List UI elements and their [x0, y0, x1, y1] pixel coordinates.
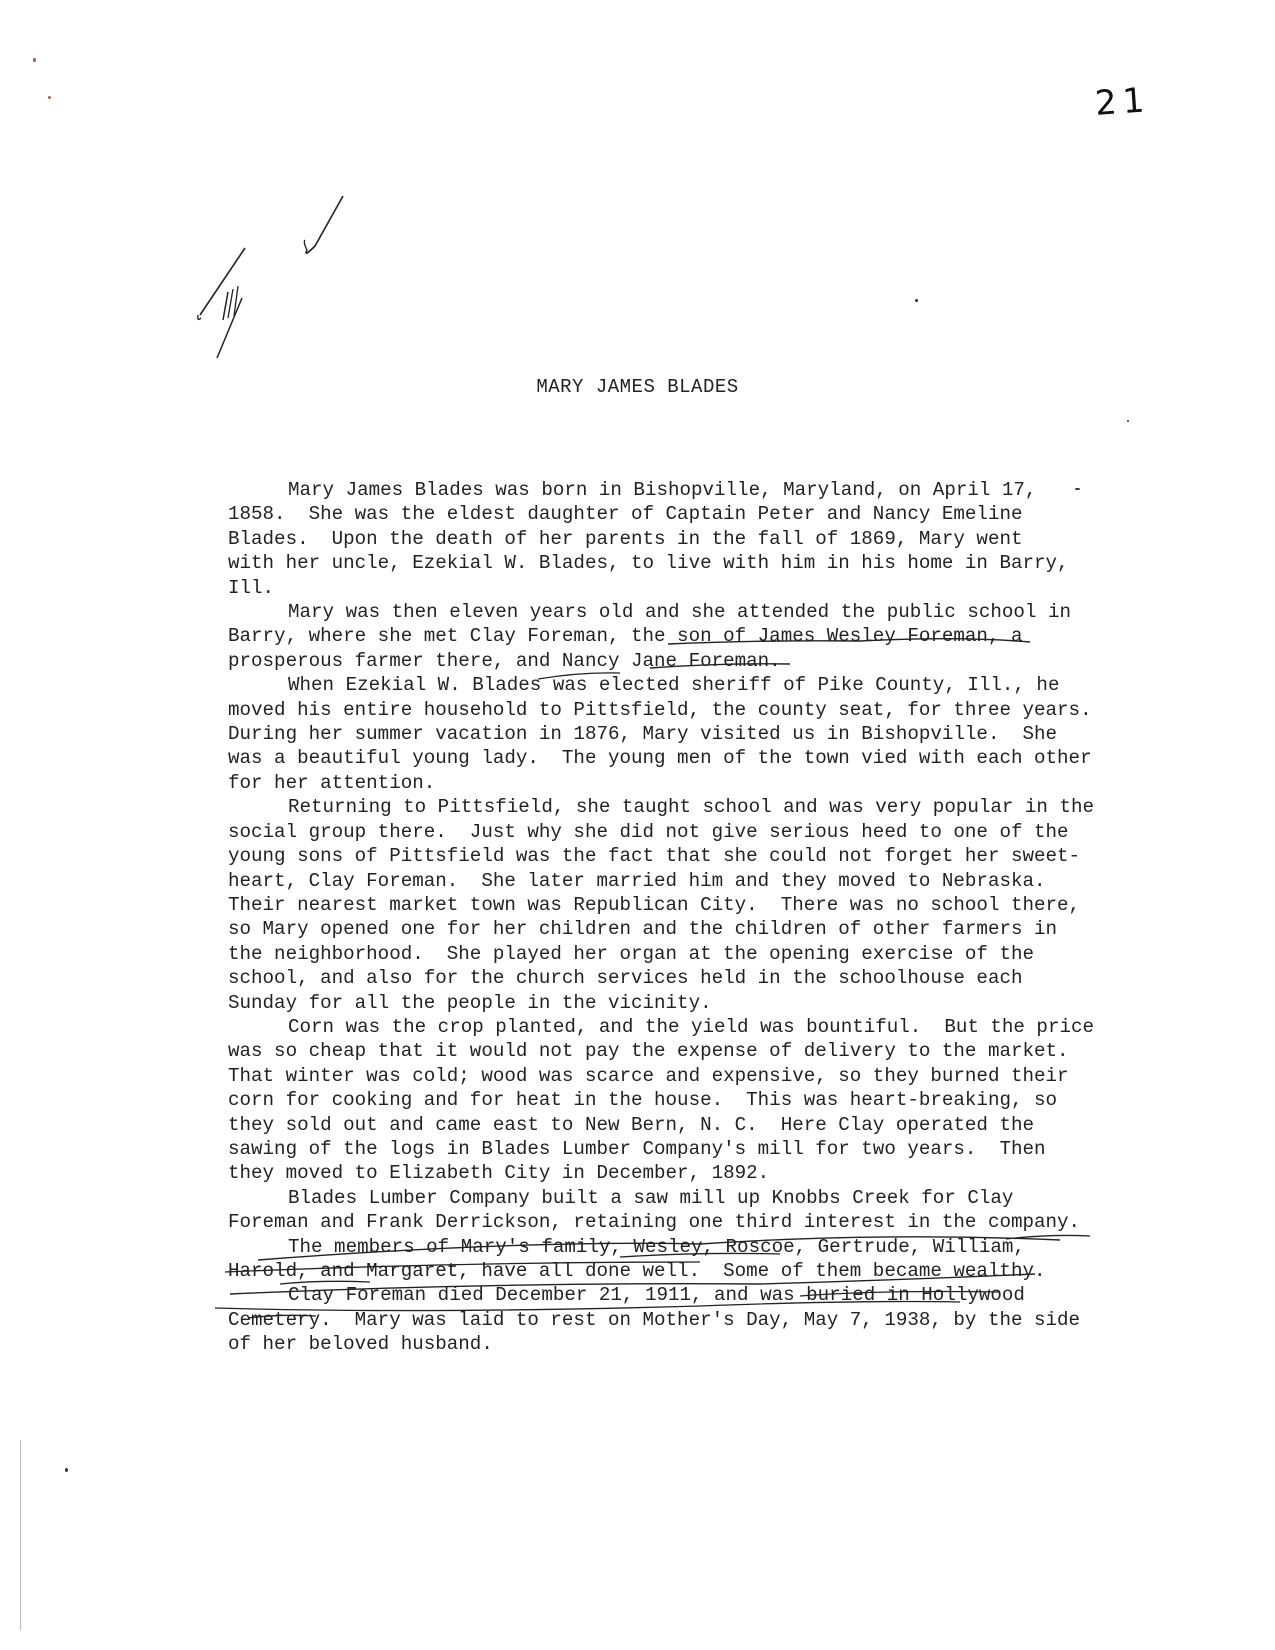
text-line: Ill.	[228, 576, 1128, 600]
text-line: Cemetery. Mary was laid to rest on Mothe…	[228, 1308, 1128, 1332]
handwritten-check-icon	[293, 190, 353, 260]
text-line: sawing of the logs in Blades Lumber Comp…	[228, 1137, 1128, 1161]
text-line: Clay Foreman died December 21, 1911, and…	[228, 1283, 1128, 1307]
text-line: was so cheap that it would not pay the e…	[228, 1039, 1128, 1063]
text-line: During her summer vacation in 1876, Mary…	[228, 722, 1128, 746]
text-line: so Mary opened one for her children and …	[228, 917, 1128, 941]
text-line: 1858. She was the eldest daughter of Cap…	[228, 502, 1128, 526]
handwritten-page-number: 21	[1094, 80, 1152, 124]
text-line: Blades Lumber Company built a saw mill u…	[228, 1186, 1128, 1210]
scan-speck	[1075, 488, 1080, 490]
document-title: MARY JAMES BLADES	[0, 376, 1275, 398]
text-line: prosperous farmer there, and Nancy Jane …	[228, 649, 1128, 673]
text-line: Blades. Upon the death of her parents in…	[228, 527, 1128, 551]
scan-speck	[1127, 420, 1129, 422]
text-line: of her beloved husband.	[228, 1332, 1128, 1356]
text-line: Sunday for all the people in the vicinit…	[228, 991, 1128, 1015]
text-line: they moved to Elizabeth City in December…	[228, 1161, 1128, 1185]
text-line: Mary was then eleven years old and she a…	[228, 600, 1128, 624]
text-line: When Ezekial W. Blades was elected sheri…	[228, 673, 1128, 697]
text-line: with her uncle, Ezekial W. Blades, to li…	[228, 551, 1128, 575]
scan-speck	[915, 299, 918, 302]
text-line: Corn was the crop planted, and the yield…	[228, 1015, 1128, 1039]
document-page: 21 MARY JAMES BLADES Mary James Blades w…	[0, 0, 1275, 1650]
scan-speck	[65, 1468, 68, 1472]
text-line: Mary James Blades was born in Bishopvill…	[228, 478, 1128, 502]
text-line: heart, Clay Foreman. She later married h…	[228, 869, 1128, 893]
scan-speck	[48, 96, 51, 99]
text-line: the neighborhood. She played her organ a…	[228, 942, 1128, 966]
text-line: corn for cooking and for heat in the hou…	[228, 1088, 1128, 1112]
text-line: they sold out and came east to New Bern,…	[228, 1113, 1128, 1137]
text-line: was a beautiful young lady. The young me…	[228, 746, 1128, 770]
text-line: That winter was cold; wood was scarce an…	[228, 1064, 1128, 1088]
text-line: Harold, and Margaret, have all done well…	[228, 1259, 1128, 1283]
scan-edge-line	[20, 1440, 21, 1630]
handwritten-roman-numeral-mark	[195, 240, 275, 365]
text-line: The members of Mary's family, Wesley, Ro…	[228, 1235, 1128, 1259]
text-line: Their nearest market town was Republican…	[228, 893, 1128, 917]
text-line: Returning to Pittsfield, she taught scho…	[228, 795, 1128, 819]
text-line: Barry, where she met Clay Foreman, the s…	[228, 624, 1128, 648]
scan-speck	[33, 58, 36, 62]
document-body: Mary James Blades was born in Bishopvill…	[228, 478, 1128, 1357]
text-line: Foreman and Frank Derrickson, retaining …	[228, 1210, 1128, 1234]
text-line: young sons of Pittsfield was the fact th…	[228, 844, 1128, 868]
text-line: for her attention.	[228, 771, 1128, 795]
text-line: school, and also for the church services…	[228, 966, 1128, 990]
text-line: moved his entire household to Pittsfield…	[228, 698, 1128, 722]
text-line: social group there. Just why she did not…	[228, 820, 1128, 844]
